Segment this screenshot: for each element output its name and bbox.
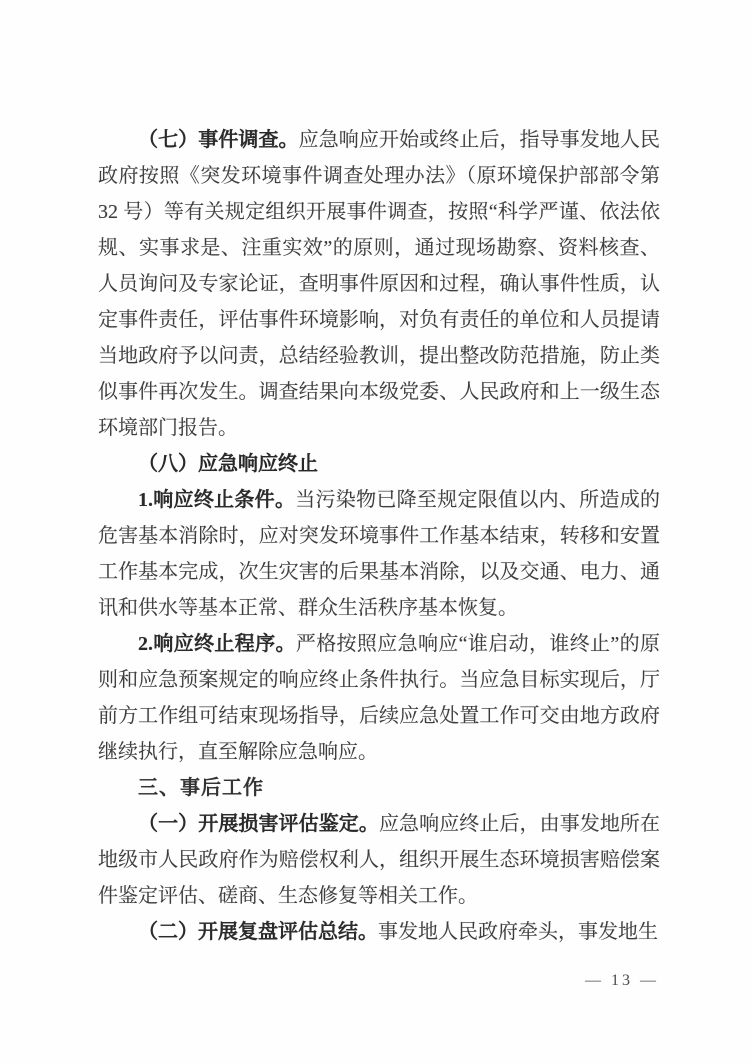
paragraph-text: 应急响应开始或终止后，指导事发地人民政府按照《突发环境事件调查处理办法》（原环境…	[98, 129, 660, 439]
heading-response-termination: （八）应急响应终止	[98, 446, 660, 482]
paragraph-lead: 2.响应终止程序。	[138, 633, 296, 655]
page-number: — 13 —	[585, 972, 659, 990]
paragraph-lead: （二）开展复盘评估总结。	[138, 921, 378, 943]
paragraph-incident-investigation: （七）事件调查。应急响应开始或终止后，指导事发地人民政府按照《突发环境事件调查处…	[98, 122, 660, 446]
heading-text: 三、事后工作	[138, 777, 264, 799]
paragraph-text: 事发地人民政府牵头，事发地生	[378, 921, 658, 943]
paragraph-lead: （七）事件调查。	[138, 129, 299, 151]
heading-post-incident-work: 三、事后工作	[98, 770, 660, 806]
paragraph-damage-assessment: （一）开展损害评估鉴定。应急响应终止后，由事发地所在地级市人民政府作为赔偿权利人…	[98, 806, 660, 914]
document-body: （七）事件调查。应急响应开始或终止后，指导事发地人民政府按照《突发环境事件调查处…	[98, 122, 660, 950]
paragraph-termination-conditions: 1.响应终止条件。当污染物已降至规定限值以内、所造成的危害基本消除时，应对突发环…	[98, 482, 660, 626]
paragraph-lead: 1.响应终止条件。	[138, 489, 295, 511]
document-page: （七）事件调查。应急响应开始或终止后，指导事发地人民政府按照《突发环境事件调查处…	[0, 0, 751, 1064]
heading-text: （八）应急响应终止	[138, 453, 318, 475]
paragraph-review-summary: （二）开展复盘评估总结。事发地人民政府牵头，事发地生	[98, 914, 660, 950]
paragraph-lead: （一）开展损害评估鉴定。	[138, 813, 379, 835]
paragraph-termination-procedure: 2.响应终止程序。严格按照应急响应“谁启动，谁终止”的原则和应急预案规定的响应终…	[98, 626, 660, 770]
